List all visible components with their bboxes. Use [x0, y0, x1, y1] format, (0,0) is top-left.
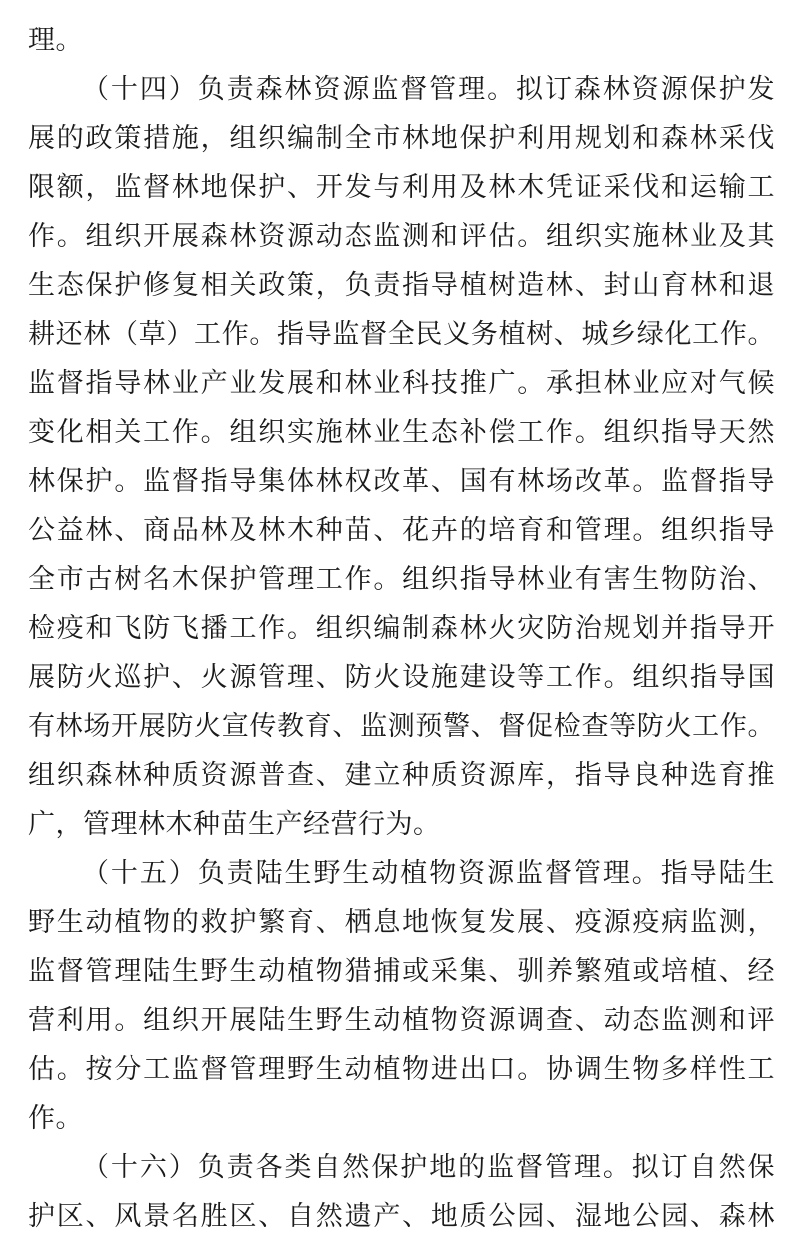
text-line: 展的政策措施，组织编制全市林地保护利用规划和森林采伐 — [28, 114, 775, 163]
text-line: 护区、风景名胜区、自然遗产、地质公园、湿地公园、森林 — [28, 1192, 775, 1241]
text-line: 全市古树名木保护管理工作。组织指导林业有害生物防治、 — [28, 555, 775, 604]
text-line: 广，管理林木种苗生产经营行为。 — [28, 800, 775, 849]
text-line: 公益林、商品林及林木种苗、花卉的培育和管理。组织指导 — [28, 506, 775, 555]
document-page: 理。（十四）负责森林资源监督管理。拟订森林资源保护发展的政策措施，组织编制全市林… — [0, 0, 799, 1254]
paragraph: 理。 — [28, 16, 775, 65]
text-line: 作。 — [28, 1094, 775, 1143]
text-line: 变化相关工作。组织实施林业生态补偿工作。组织指导天然 — [28, 408, 775, 457]
paragraph: （十四）负责森林资源监督管理。拟订森林资源保护发展的政策措施，组织编制全市林地保… — [28, 65, 775, 849]
text-line: 展防火巡护、火源管理、防火设施建设等工作。组织指导国 — [28, 653, 775, 702]
text-line: 检疫和飞防飞播工作。组织编制森林火灾防治规划并指导开 — [28, 604, 775, 653]
text-line: 限额，监督林地保护、开发与利用及林木凭证采伐和运输工 — [28, 163, 775, 212]
text-line: （十四）负责森林资源监督管理。拟订森林资源保护发 — [28, 65, 775, 114]
text-line: 耕还林（草）工作。指导监督全民义务植树、城乡绿化工作。 — [28, 310, 775, 359]
paragraph: （十五）负责陆生野生动植物资源监督管理。指导陆生野生动植物的救护繁育、栖息地恢复… — [28, 849, 775, 1143]
text-line: （十五）负责陆生野生动植物资源监督管理。指导陆生 — [28, 849, 775, 898]
text-line: 估。按分工监督管理野生动植物进出口。协调生物多样性工 — [28, 1045, 775, 1094]
text-line: 理。 — [28, 16, 775, 65]
text-line: 营利用。组织开展陆生野生动植物资源调查、动态监测和评 — [28, 996, 775, 1045]
text-line: 有林场开展防火宣传教育、监测预警、督促检查等防火工作。 — [28, 702, 775, 751]
text-line: 作。组织开展森林资源动态监测和评估。组织实施林业及其 — [28, 212, 775, 261]
text-line: 组织森林种质资源普查、建立种质资源库，指导良种选育推 — [28, 751, 775, 800]
text-line: 监督指导林业产业发展和林业科技推广。承担林业应对气候 — [28, 359, 775, 408]
text-line: 监督管理陆生野生动植物猎捕或采集、驯养繁殖或培植、经 — [28, 947, 775, 996]
text-line: 野生动植物的救护繁育、栖息地恢复发展、疫源疫病监测， — [28, 898, 775, 947]
paragraph: （十六）负责各类自然保护地的监督管理。拟订自然保护区、风景名胜区、自然遗产、地质… — [28, 1143, 775, 1241]
document-body: 理。（十四）负责森林资源监督管理。拟订森林资源保护发展的政策措施，组织编制全市林… — [28, 16, 775, 1241]
text-line: 生态保护修复相关政策，负责指导植树造林、封山育林和退 — [28, 261, 775, 310]
text-line: 林保护。监督指导集体林权改革、国有林场改革。监督指导 — [28, 457, 775, 506]
text-line: （十六）负责各类自然保护地的监督管理。拟订自然保 — [28, 1143, 775, 1192]
